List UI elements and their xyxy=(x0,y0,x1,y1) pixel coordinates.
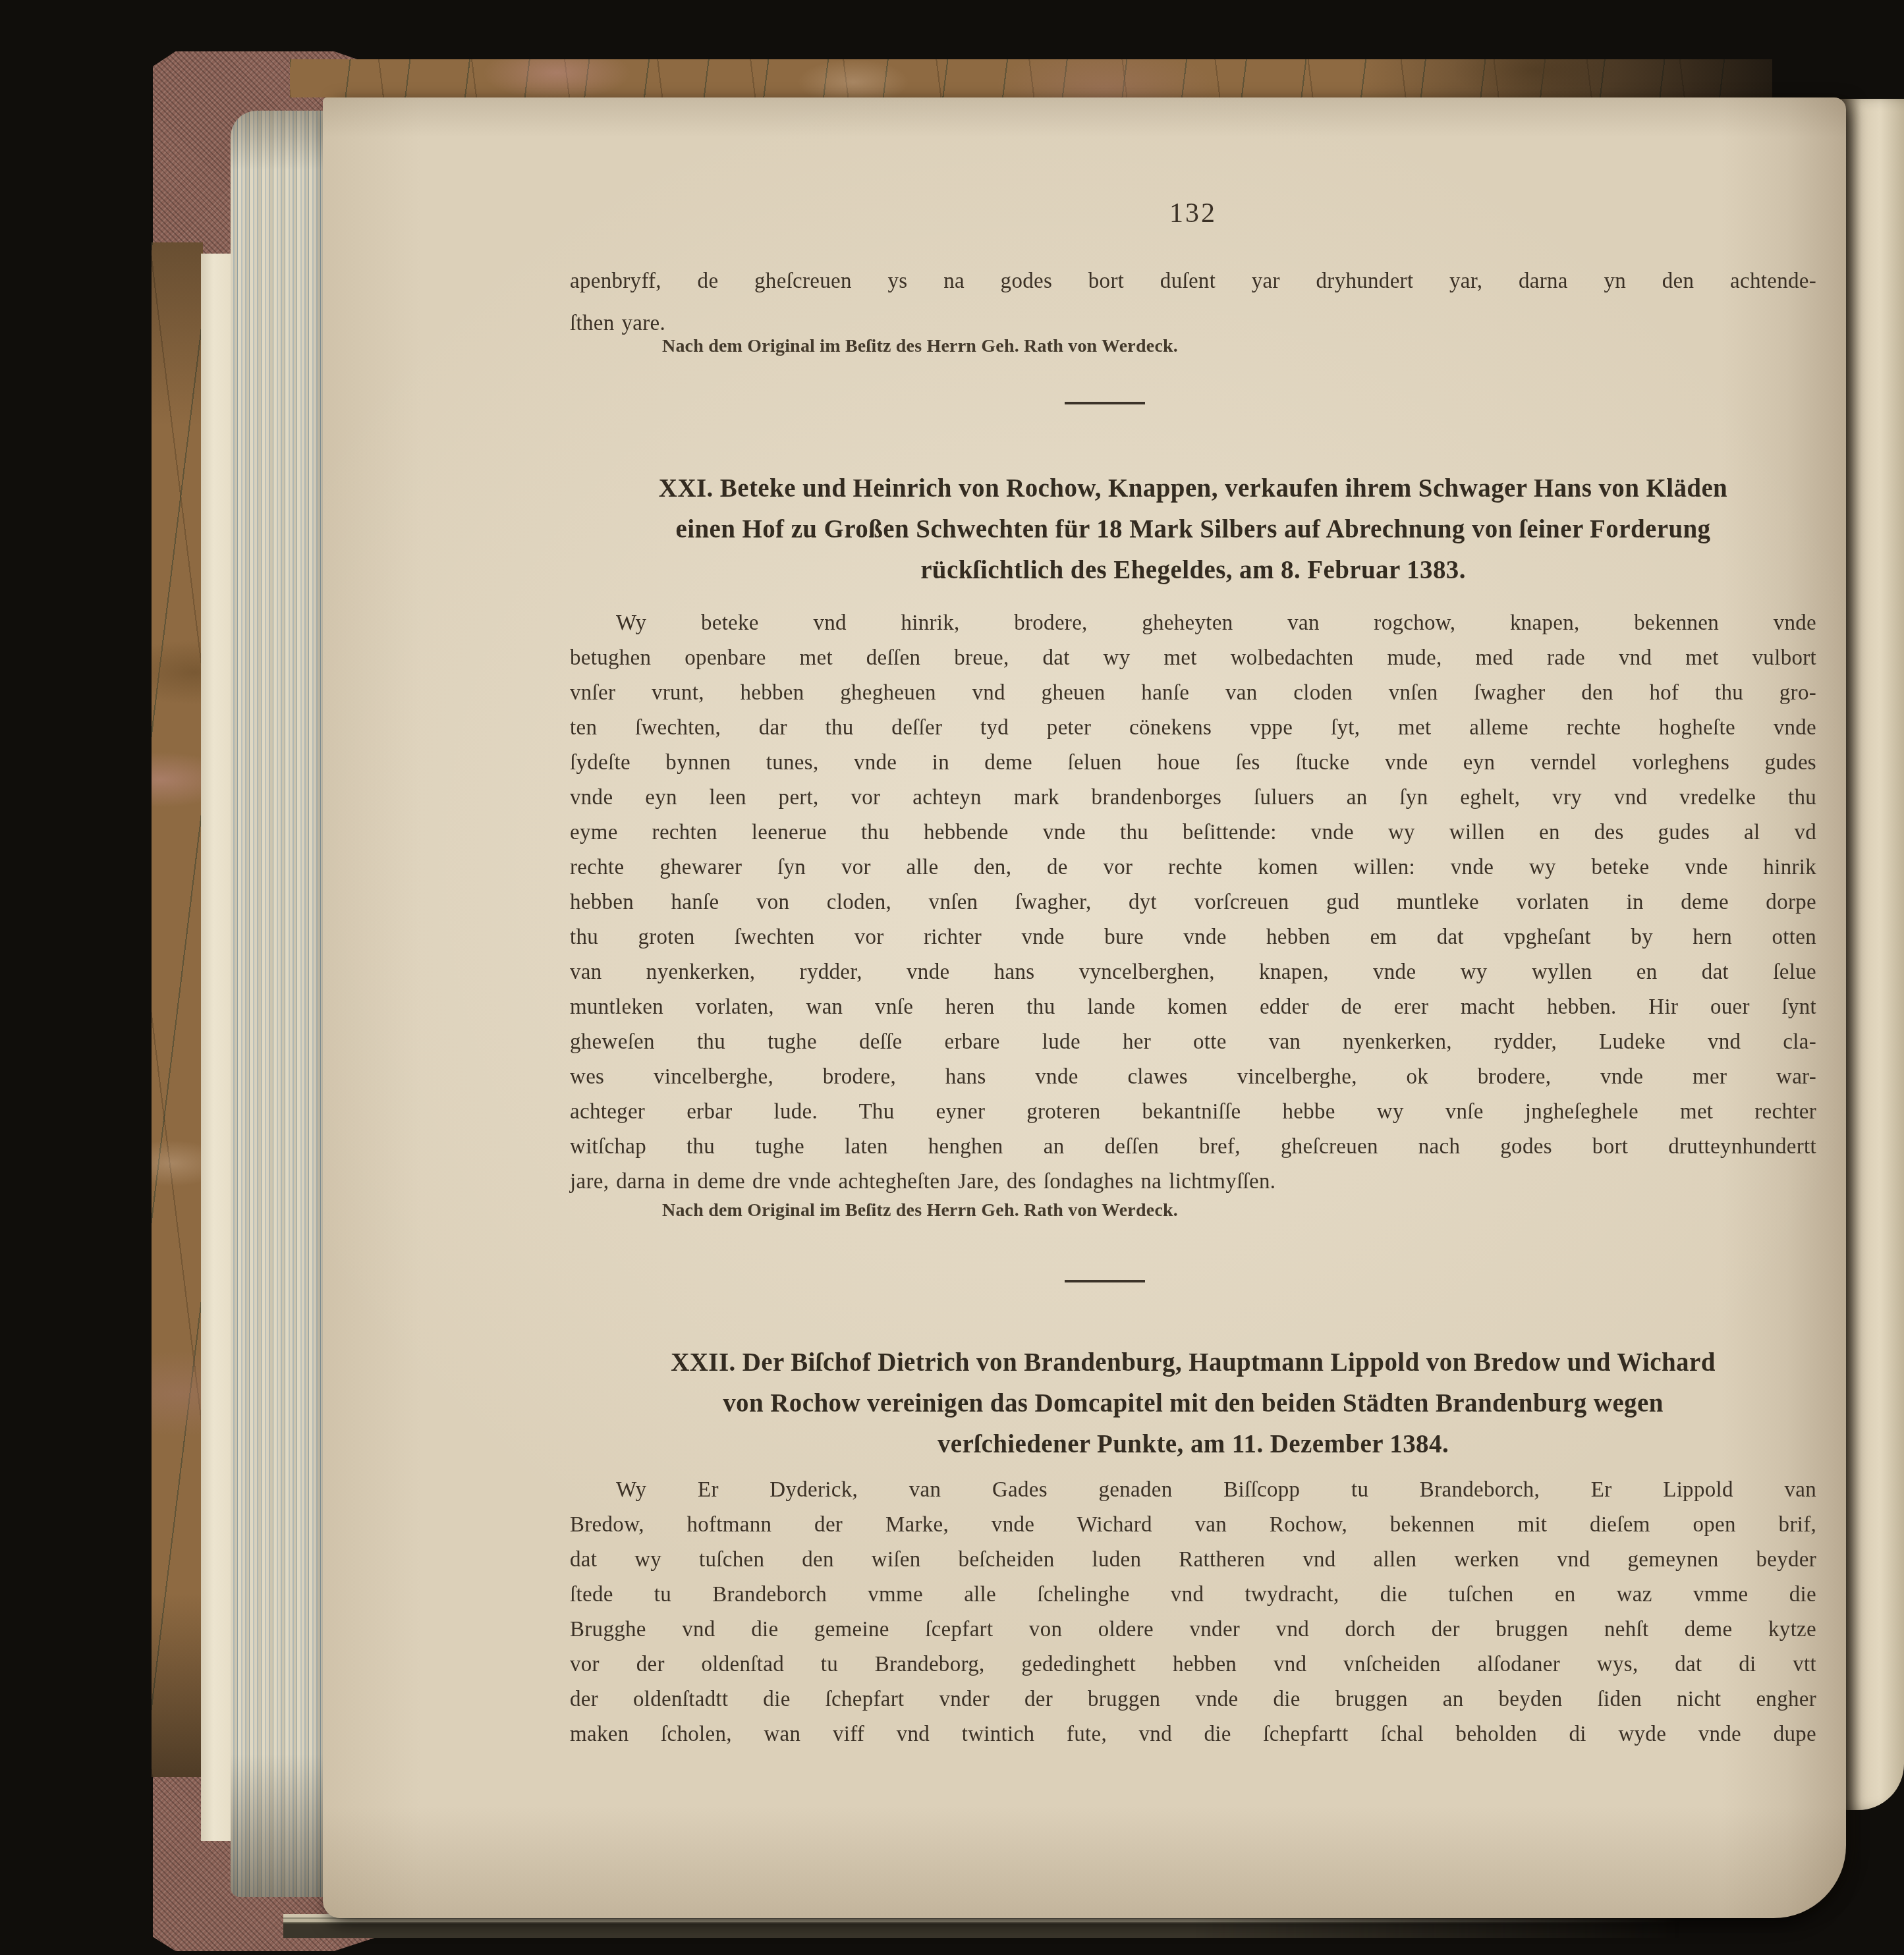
marbled-endpaper-top-edge xyxy=(290,59,1772,97)
text-line: betughen openbare met deſſen breue, dat … xyxy=(570,641,1816,676)
text-line: achteger erbar lude. Thu eyner groteren … xyxy=(570,1095,1816,1130)
source-credit-continuation: Nach dem Original im Beſitz des Herrn Ge… xyxy=(570,336,1904,357)
text-line: hebben hanſe von cloden, vnſen ſwagher, … xyxy=(570,885,1816,920)
page-number: 132 xyxy=(570,198,1816,229)
text-line: Brugghe vnd die gemeine ſcepfart von old… xyxy=(570,1612,1816,1647)
text-line: Bredow, hoftmann der Marke, vnde Wichard… xyxy=(570,1508,1816,1543)
text-line: jare, darna in deme dre vnde achtegheſte… xyxy=(570,1165,1816,1199)
text-line: muntleken vorlaten, wan vnſe heren thu l… xyxy=(570,990,1816,1025)
page-fore-edge xyxy=(201,254,232,1841)
section-divider-2 xyxy=(1065,1280,1145,1282)
text-line: eyme rechten leenerue thu hebbende vnde … xyxy=(570,815,1816,850)
text-line: XXI. Beteke und Heinrich von Rochow, Kna… xyxy=(570,468,1816,509)
text-line: einen Hof zu Großen Schwechten für 18 Ma… xyxy=(570,509,1816,550)
book-page: 132 apenbryff, de gheſcreuen ys na godes… xyxy=(323,97,1846,1918)
text-line: dat wy tuſchen den wiſen beſcheiden lude… xyxy=(570,1543,1816,1578)
book-photo: 132 apenbryff, de gheſcreuen ys na godes… xyxy=(0,0,1904,1955)
text-line: vor der oldenſtad tu Brandeborg, gededin… xyxy=(570,1647,1816,1682)
text-line: apenbryff, de gheſcreuen ys na godes bor… xyxy=(570,260,1816,302)
marbled-endpaper-left-edge xyxy=(152,242,203,1777)
text-line: der oldenſtadtt die ſchepfart vnder der … xyxy=(570,1682,1816,1717)
text-line: Wy beteke vnd hinrik, brodere, gheheyten… xyxy=(570,606,1816,641)
text-line: witſchap thu tughe laten henghen an deſſ… xyxy=(570,1130,1816,1165)
text-line: ſydeſte bynnen tunes, vnde in deme ſelue… xyxy=(570,746,1816,781)
page-stack-edges xyxy=(231,111,324,1897)
text-line: thu groten ſwechten vor richter vnde bur… xyxy=(570,920,1816,955)
text-line: vnde eyn leen pert, vor achteyn mark bra… xyxy=(570,781,1816,815)
text-line: Wy Er Dyderick, van Gades genaden Biſſco… xyxy=(570,1473,1816,1508)
text-line: vnſer vrunt, hebben ghegheuen vnd gheuen… xyxy=(570,676,1816,711)
text-line: wes vincelberghe, brodere, hans vnde cla… xyxy=(570,1060,1816,1095)
section-heading-xxii: XXII. Der Biſchof Dietrich von Brandenbu… xyxy=(570,1342,1816,1465)
continuation-paragraph: apenbryff, de gheſcreuen ys na godes bor… xyxy=(570,260,1816,344)
source-credit-xxi: Nach dem Original im Beſitz des Herrn Ge… xyxy=(570,1200,1904,1221)
section-heading-xxi: XXI. Beteke und Heinrich von Rochow, Kna… xyxy=(570,468,1816,591)
text-line: maken ſcholen, wan viff vnd twintich fut… xyxy=(570,1717,1816,1752)
text-line: rückſichtlich des Ehegeldes, am 8. Febru… xyxy=(570,550,1816,591)
section-body-xxi: Wy beteke vnd hinrik, brodere, gheheyten… xyxy=(570,606,1816,1199)
text-line: ten ſwechten, dar thu deſſer tyd peter c… xyxy=(570,711,1816,746)
section-divider-1 xyxy=(1065,402,1145,404)
section-body-xxii: Wy Er Dyderick, van Gades genaden Biſſco… xyxy=(570,1473,1816,1752)
text-line: ſtede tu Brandeborch vmme alle ſchelingh… xyxy=(570,1578,1816,1612)
text-line: XXII. Der Biſchof Dietrich von Brandenbu… xyxy=(570,1342,1816,1383)
text-line: van nyenkerken, rydder, vnde hans vyncel… xyxy=(570,955,1816,990)
text-line: von Rochow vereinigen das Domcapitel mit… xyxy=(570,1383,1816,1424)
text-line: verſchiedener Punkte, am 11. Dezember 13… xyxy=(570,1424,1816,1465)
text-line: gheweſen thu tughe deſſe erbare lude her… xyxy=(570,1025,1816,1060)
text-line: rechte ghewarer ſyn vor alle den, de vor… xyxy=(570,850,1816,885)
